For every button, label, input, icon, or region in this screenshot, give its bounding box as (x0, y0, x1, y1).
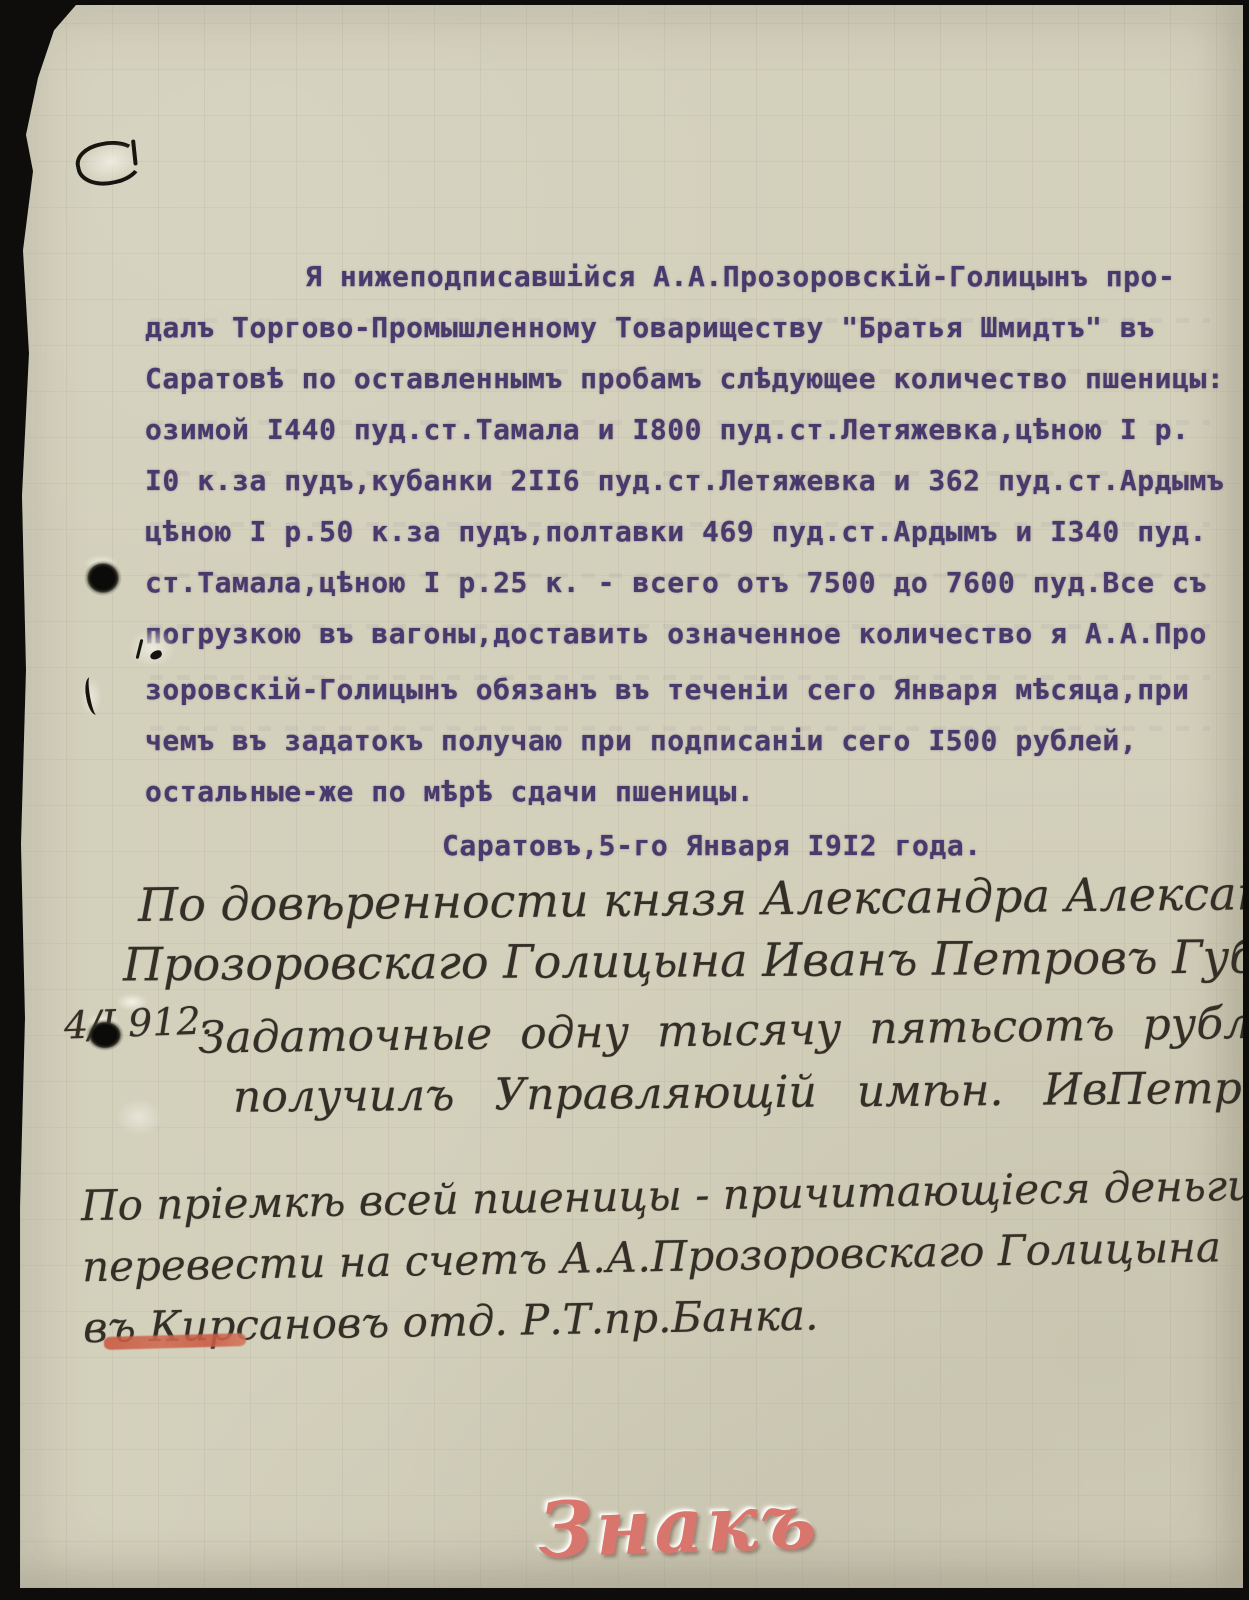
typed-line: ст.Тамала,цѣною I р.25 к. - всего отъ 75… (145, 566, 1249, 617)
punch-hole (86, 1019, 124, 1051)
typed-line: озимой I440 пуд.ст.Тамала и I800 пуд.ст.… (145, 413, 1249, 464)
paper-tear (112, 991, 152, 1013)
handwritten-transfer-note: По пріемкѣ всей пшеницы - причитающіеся … (80, 1155, 1249, 1358)
document-photo: Я нижеподписавшійся А.А.Прозоровскій-Гол… (0, 0, 1249, 1600)
typed-line: I0 к.за пудъ,кубанки 2II6 пуд.ст.Летяжев… (145, 464, 1249, 515)
typed-line: Я нижеподписавшійся А.А.Прозоровскій-Гол… (145, 260, 1249, 311)
handwritten-signature-gubanov: Прозоровскаго Голицына Иванъ Петровъ Губ… (123, 929, 1249, 992)
typed-line: погрузкою въ вагоны,доставить означенное… (145, 617, 1249, 668)
typed-line: остальные-же по мѣрѣ сдачи пшеницы. (145, 775, 1249, 826)
typed-line: Саратовѣ по оставленнымъ пробамъ слѣдующ… (145, 362, 1249, 413)
paper-tear (124, 625, 180, 671)
typed-line: далъ Торгово-Промышленному Товариществу … (145, 311, 1249, 362)
typed-line: цѣною I р.50 к.за пудъ,полтавки 469 пуд.… (145, 515, 1249, 566)
paper-tear (112, 1095, 166, 1139)
punch-hole (84, 560, 122, 596)
typed-body: Я нижеподписавшійся А.А.Прозоровскій-Гол… (145, 260, 1249, 880)
document-page: Я нижеподписавшійся А.А.Прозоровскій-Гол… (20, 5, 1243, 1588)
typed-line: чемъ въ задатокъ получаю при подписаніи … (145, 724, 1249, 775)
watermark-text: Знакъ (537, 1476, 821, 1575)
typed-line: зоровскій-Голицынъ обязанъ въ теченіи се… (145, 673, 1249, 724)
paper-tear (78, 673, 104, 721)
handwritten-deposit-line-2: получилъ Управляющій имѣн. ИвПетровъ (233, 1062, 1249, 1123)
